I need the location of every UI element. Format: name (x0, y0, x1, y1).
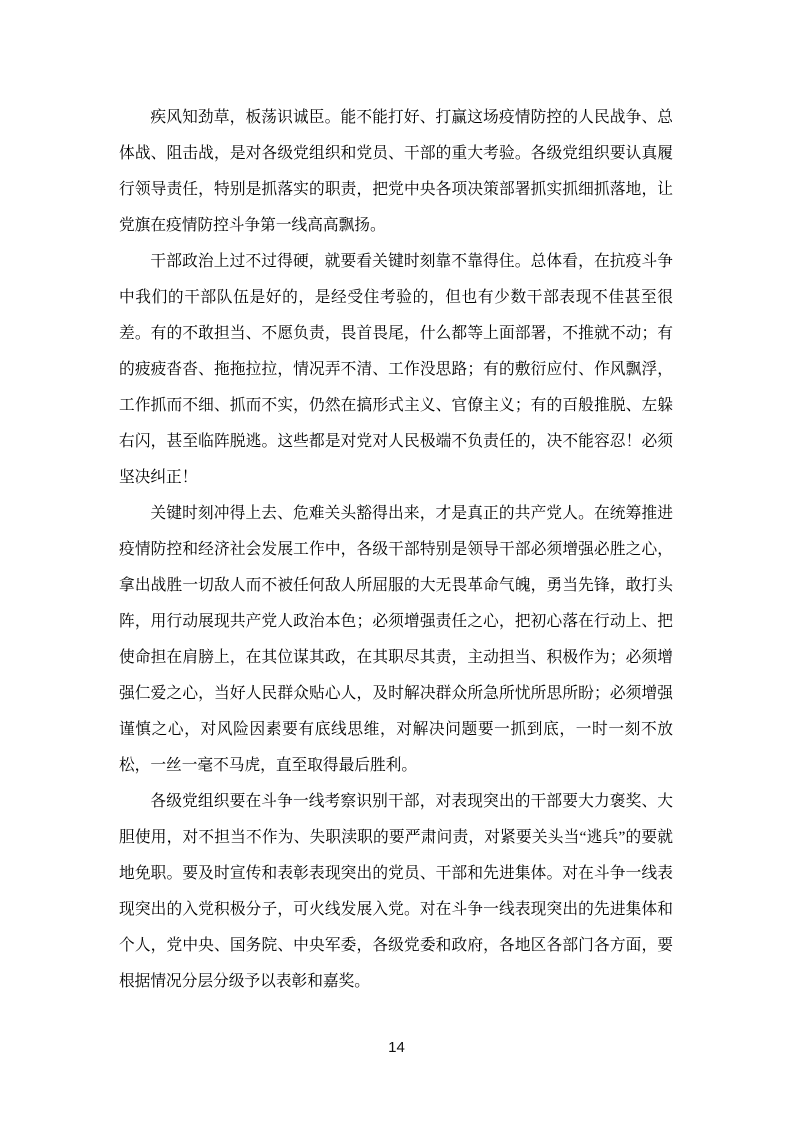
paragraph-3: 关键时刻冲得上去、危难关头豁得出来，才是真正的共产党人。在统筹推进疫情防控和经济… (119, 496, 673, 784)
paragraph-4: 各级党组织要在斗争一线考察识别干部，对表现突出的干部要大力褒奖、大胆使用，对不担… (119, 784, 673, 1000)
page-number: 14 (0, 1038, 793, 1058)
document-page: 疾风知劲草，板荡识诚臣。能不能打好、打赢这场疫情防控的人民战争、总体战、阻击战，… (0, 0, 793, 1122)
paragraph-2: 干部政治上过不过得硬，就要看关键时刻靠不靠得住。总体看，在抗疫斗争中我们的干部队… (119, 244, 673, 496)
body-text: 疾风知劲草，板荡识诚臣。能不能打好、打赢这场疫情防控的人民战争、总体战、阻击战，… (119, 100, 673, 1000)
paragraph-1: 疾风知劲草，板荡识诚臣。能不能打好、打赢这场疫情防控的人民战争、总体战、阻击战，… (119, 100, 673, 244)
